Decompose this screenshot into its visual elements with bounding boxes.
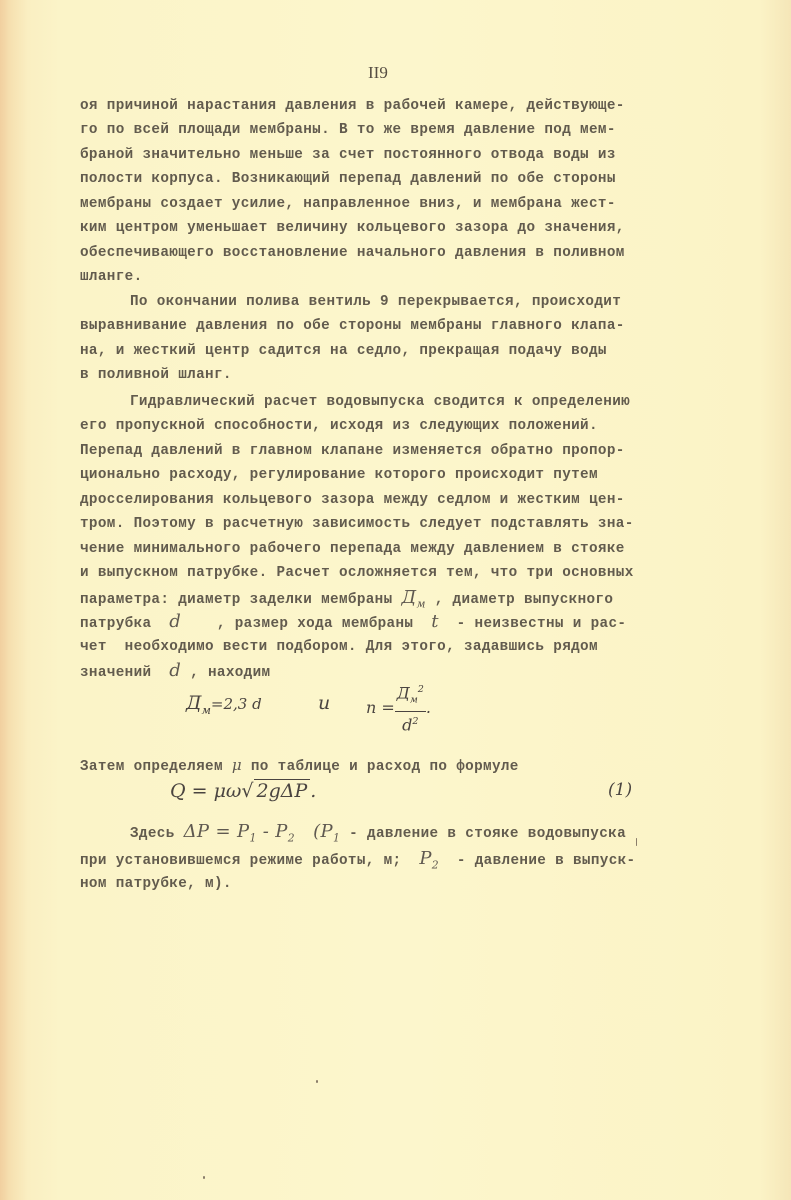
- text: , размер хода мембраны: [181, 616, 431, 632]
- text: , диаметр выпускного: [426, 592, 614, 608]
- symbol: Д: [401, 587, 416, 608]
- text-line: и выпускном патрубке. Расчет осложняется…: [80, 564, 634, 582]
- text-line: го по всей площади мембраны. В то же вре…: [80, 121, 616, 139]
- text-line-params-2: патрубка d , размер хода мембраны t - не…: [80, 613, 626, 633]
- text: при установившемся режиме работы, м;: [80, 853, 419, 869]
- text-line: тром. Поэтому в расчетную зависимость сл…: [80, 515, 634, 533]
- text-line: полости корпуса. Возникающий перепад дав…: [80, 170, 616, 188]
- text-line: чет необходимо вести подбором. Для этого…: [80, 638, 598, 656]
- text-line: в поливной шланг.: [80, 366, 232, 384]
- subscript: м: [416, 598, 425, 611]
- text: по таблице и расход по формуле: [242, 759, 519, 775]
- text: патрубка: [80, 616, 169, 632]
- expression: (P: [295, 821, 333, 842]
- text-line: Перепад давлений в главном клапане измен…: [80, 442, 625, 460]
- text-line: мембраны создает усилие, направленное вн…: [80, 195, 616, 213]
- text-line: на, и жесткий центр садится на седло, пр…: [80, 342, 607, 360]
- expression: - P: [257, 821, 288, 842]
- text-line: его пропускной способности, исходя из сл…: [80, 417, 598, 435]
- expression: Q = μω: [170, 780, 241, 802]
- superscript: 2: [412, 716, 418, 727]
- text: - неизвестны и рас-: [439, 616, 627, 632]
- radicand: 2gΔP: [254, 779, 311, 802]
- fraction: Дм2d2: [395, 680, 426, 735]
- symbol-p2: P2: [419, 848, 439, 869]
- punctuation: .: [310, 780, 316, 802]
- page-number: II9: [368, 63, 388, 83]
- text: значений: [80, 665, 169, 681]
- formula-n: n =Дм2d2.: [366, 680, 431, 735]
- subscript: м: [201, 703, 210, 717]
- superscript: 2: [418, 684, 424, 695]
- text-line-here-2: при установившемся режиме работы, м; P2 …: [80, 850, 635, 875]
- subscript: м: [410, 695, 418, 706]
- formula-dm: Дм=2,3 d: [186, 692, 262, 717]
- expression: ΔP = P: [184, 821, 250, 842]
- subscript: 2: [432, 859, 439, 872]
- symbol: Д: [397, 683, 410, 702]
- text-line-params-4: значений d , находим: [80, 662, 270, 682]
- symbol-d: d: [169, 660, 181, 681]
- text-line: дросселирования кольцевого зазора между …: [80, 491, 625, 509]
- text-line: ном патрубке, м).: [80, 875, 232, 893]
- expression: =2,3 d: [211, 695, 262, 713]
- subscript: 1: [249, 832, 256, 845]
- text-line: обеспечивающего восстановление начальног…: [80, 244, 625, 262]
- equation-number: (1): [608, 780, 632, 800]
- expression: n =: [366, 698, 395, 717]
- text-line: шланге.: [80, 268, 143, 286]
- paper-speck: [203, 1176, 205, 1179]
- text-line: ционально расходу, регулирование которог…: [80, 466, 598, 484]
- numerator: Дм2: [395, 680, 426, 712]
- text-line: браной значительно меньше за счет постоя…: [80, 146, 616, 164]
- symbol: d: [402, 715, 412, 734]
- symbol: Д: [186, 692, 201, 714]
- punctuation: .: [426, 698, 431, 717]
- text-line: выравнивание давления по обе стороны мем…: [80, 317, 625, 335]
- text: Затем определяем: [80, 759, 232, 775]
- formula-conjunction: и: [318, 692, 330, 714]
- formula-q: Q = μω√2gΔP.: [170, 780, 316, 802]
- text-line: ким центром уменьшает величину кольцевог…: [80, 219, 625, 237]
- paper-speck: [636, 838, 637, 846]
- paper-speck: [316, 1080, 318, 1083]
- symbol-dm: Дм: [401, 587, 425, 608]
- symbol-t: t: [431, 611, 439, 632]
- text-line-here-1: Здесь ΔP = P1 - P2 (P1 - давление в стоя…: [130, 823, 626, 848]
- symbol-mu: μ: [232, 756, 242, 774]
- text-line: оя причиной нарастания давления в рабоче…: [80, 97, 625, 115]
- symbol: P: [419, 848, 431, 869]
- text: параметра: диаметр заделки мембраны: [80, 592, 401, 608]
- denominator: d2: [395, 712, 426, 735]
- document-page: II9 оя причиной нарастания давления в ра…: [0, 0, 791, 1200]
- text: - давление в стояке водовыпуска: [340, 826, 626, 842]
- text: Здесь: [130, 826, 184, 842]
- subscript: 2: [288, 832, 295, 845]
- text-line-params-1: параметра: диаметр заделки мембраны Дм ,…: [80, 589, 613, 614]
- text-line: По окончании полива вентиль 9 перекрывае…: [130, 293, 621, 311]
- text: , находим: [181, 665, 270, 681]
- text-line-then: Затем определяем μ по таблице и расход п…: [80, 756, 519, 776]
- text-line: чение минимального рабочего перепада меж…: [80, 540, 625, 558]
- text: - давление в выпуск-: [439, 853, 635, 869]
- symbol-d: d: [169, 611, 181, 632]
- text-line: Гидравлический расчет водовыпуска сводит…: [130, 393, 630, 411]
- equation-delta-p: ΔP = P1 - P2 (P1: [184, 821, 341, 842]
